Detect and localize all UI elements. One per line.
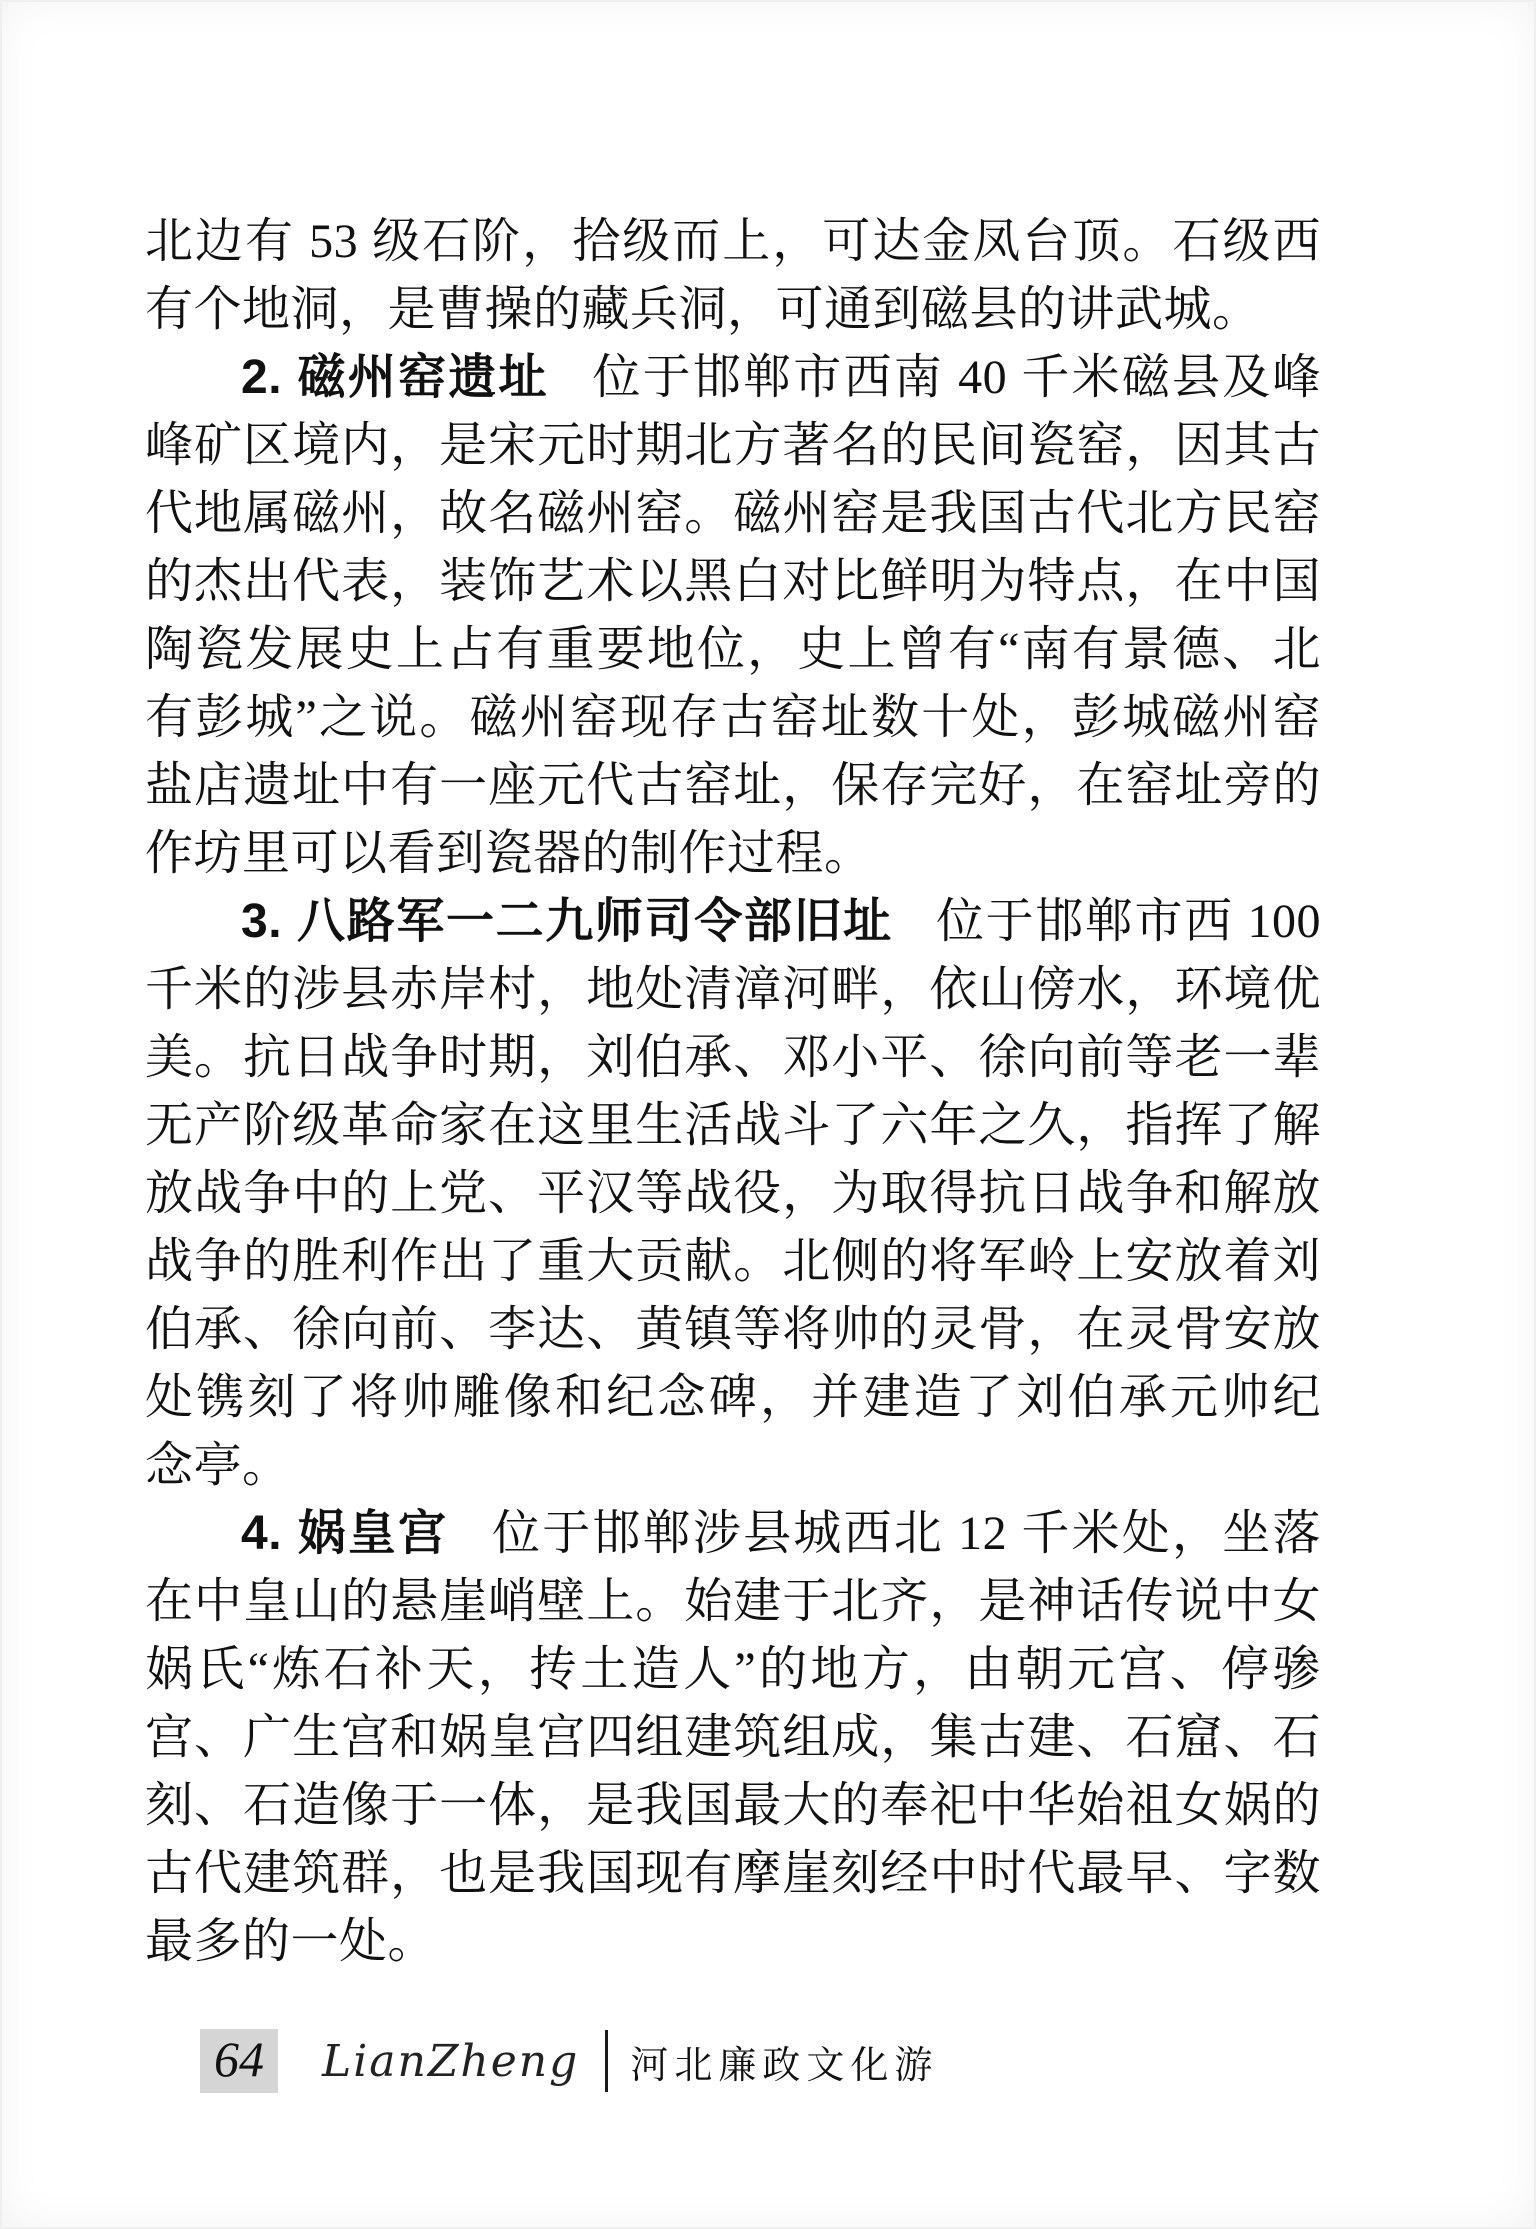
text-line: 的杰出代表，装饰艺术以黑白对比鲜明为特点，在中国 [145,548,1321,616]
book-page: 北边有 53 级石阶，拾级而上，可达金凤台顶。石级西侧有个地洞，是曹操的藏兵洞，… [0,0,1536,2229]
section-heading: 3. 八路军一二九师司令部旧址 [241,895,893,948]
section-heading: 2. 磁州窑遗址 [241,351,549,404]
text-line: 千米的涉县赤岸村，地处清漳河畔，依山傍水，环境优 [145,956,1321,1024]
text-line: 战争的胜利作出了重大贡献。北侧的将军岭上安放着刘 [145,1228,1321,1296]
text-line: 北边有 53 级石阶，拾级而上，可达金凤台顶。石级西侧 [145,208,1321,276]
page-footer: 64 LianZheng 河北廉政文化游 [200,2026,938,2096]
text-line: 处镌刻了将帅雕像和纪念碑，并建造了刘伯承元帅纪 [145,1364,1321,1432]
text-line: 宫、广生宫和娲皇宫四组建筑组成，集古建、石窟、石 [145,1704,1321,1772]
text-line: 念亭。 [145,1432,1321,1500]
text-line: 古代建筑群，也是我国现有摩崖刻经中时代最早、字数 [145,1840,1321,1908]
text-line: 娲氏“炼石补天，抟土造人”的地方，由朝元宫、停骖 [145,1636,1321,1704]
page-number-box: 64 [200,2029,278,2093]
section-heading: 4. 娲皇宫 [241,1507,448,1560]
text-line: 美。抗日战争时期，刘伯承、邓小平、徐向前等老一辈 [145,1024,1321,1092]
text-line: 陶瓷发展史上占有重要地位，史上曾有“南有景德、北 [145,616,1321,684]
text-line: 峰矿区境内，是宋元时期北方著名的民间瓷窑，因其古 [145,412,1321,480]
text-line: 代地属磁州，故名磁州窑。磁州窑是我国古代北方民窑 [145,480,1321,548]
text-line: 有彭城”之说。磁州窑现存古窑址数十处，彭城磁州窑 [145,684,1321,752]
book-title: 河北廉政文化游 [630,2034,938,2089]
text-line: 伯承、徐向前、李达、黄镇等将帅的灵骨，在灵骨安放 [145,1296,1321,1364]
text-line: 最多的一处。 [145,1908,1321,1976]
text-line: 4. 娲皇宫位于邯郸涉县城西北 12 千米处，坐落 [145,1500,1321,1568]
text-line: 盐店遗址中有一座元代古窑址，保存完好，在窑址旁的 [145,752,1321,820]
text-line: 在中皇山的悬崖峭壁上。始建于北齐，是神话传说中女 [145,1568,1321,1636]
text-line: 2. 磁州窑遗址位于邯郸市西南 40 千米磁县及峰 [145,344,1321,412]
text-line: 作坊里可以看到瓷器的制作过程。 [145,820,1321,888]
series-script-text: LianZheng [322,2036,579,2087]
text-line: 刻、石造像于一体，是我国最大的奉祀中华始祖女娲的 [145,1772,1321,1840]
text-line: 3. 八路军一二九师司令部旧址位于邯郸市西 100 [145,888,1321,956]
text-line: 无产阶级革命家在这里生活战斗了六年之久，指挥了解 [145,1092,1321,1160]
text-line: 放战争中的上党、平汉等战役，为取得抗日战争和解放 [145,1160,1321,1228]
text-content: 北边有 53 级石阶，拾级而上，可达金凤台顶。石级西侧有个地洞，是曹操的藏兵洞，… [145,208,1321,1976]
text-line: 有个地洞，是曹操的藏兵洞，可通到磁县的讲武城。 [145,276,1321,344]
page-number: 64 [214,2030,264,2088]
footer-divider [605,2030,608,2092]
